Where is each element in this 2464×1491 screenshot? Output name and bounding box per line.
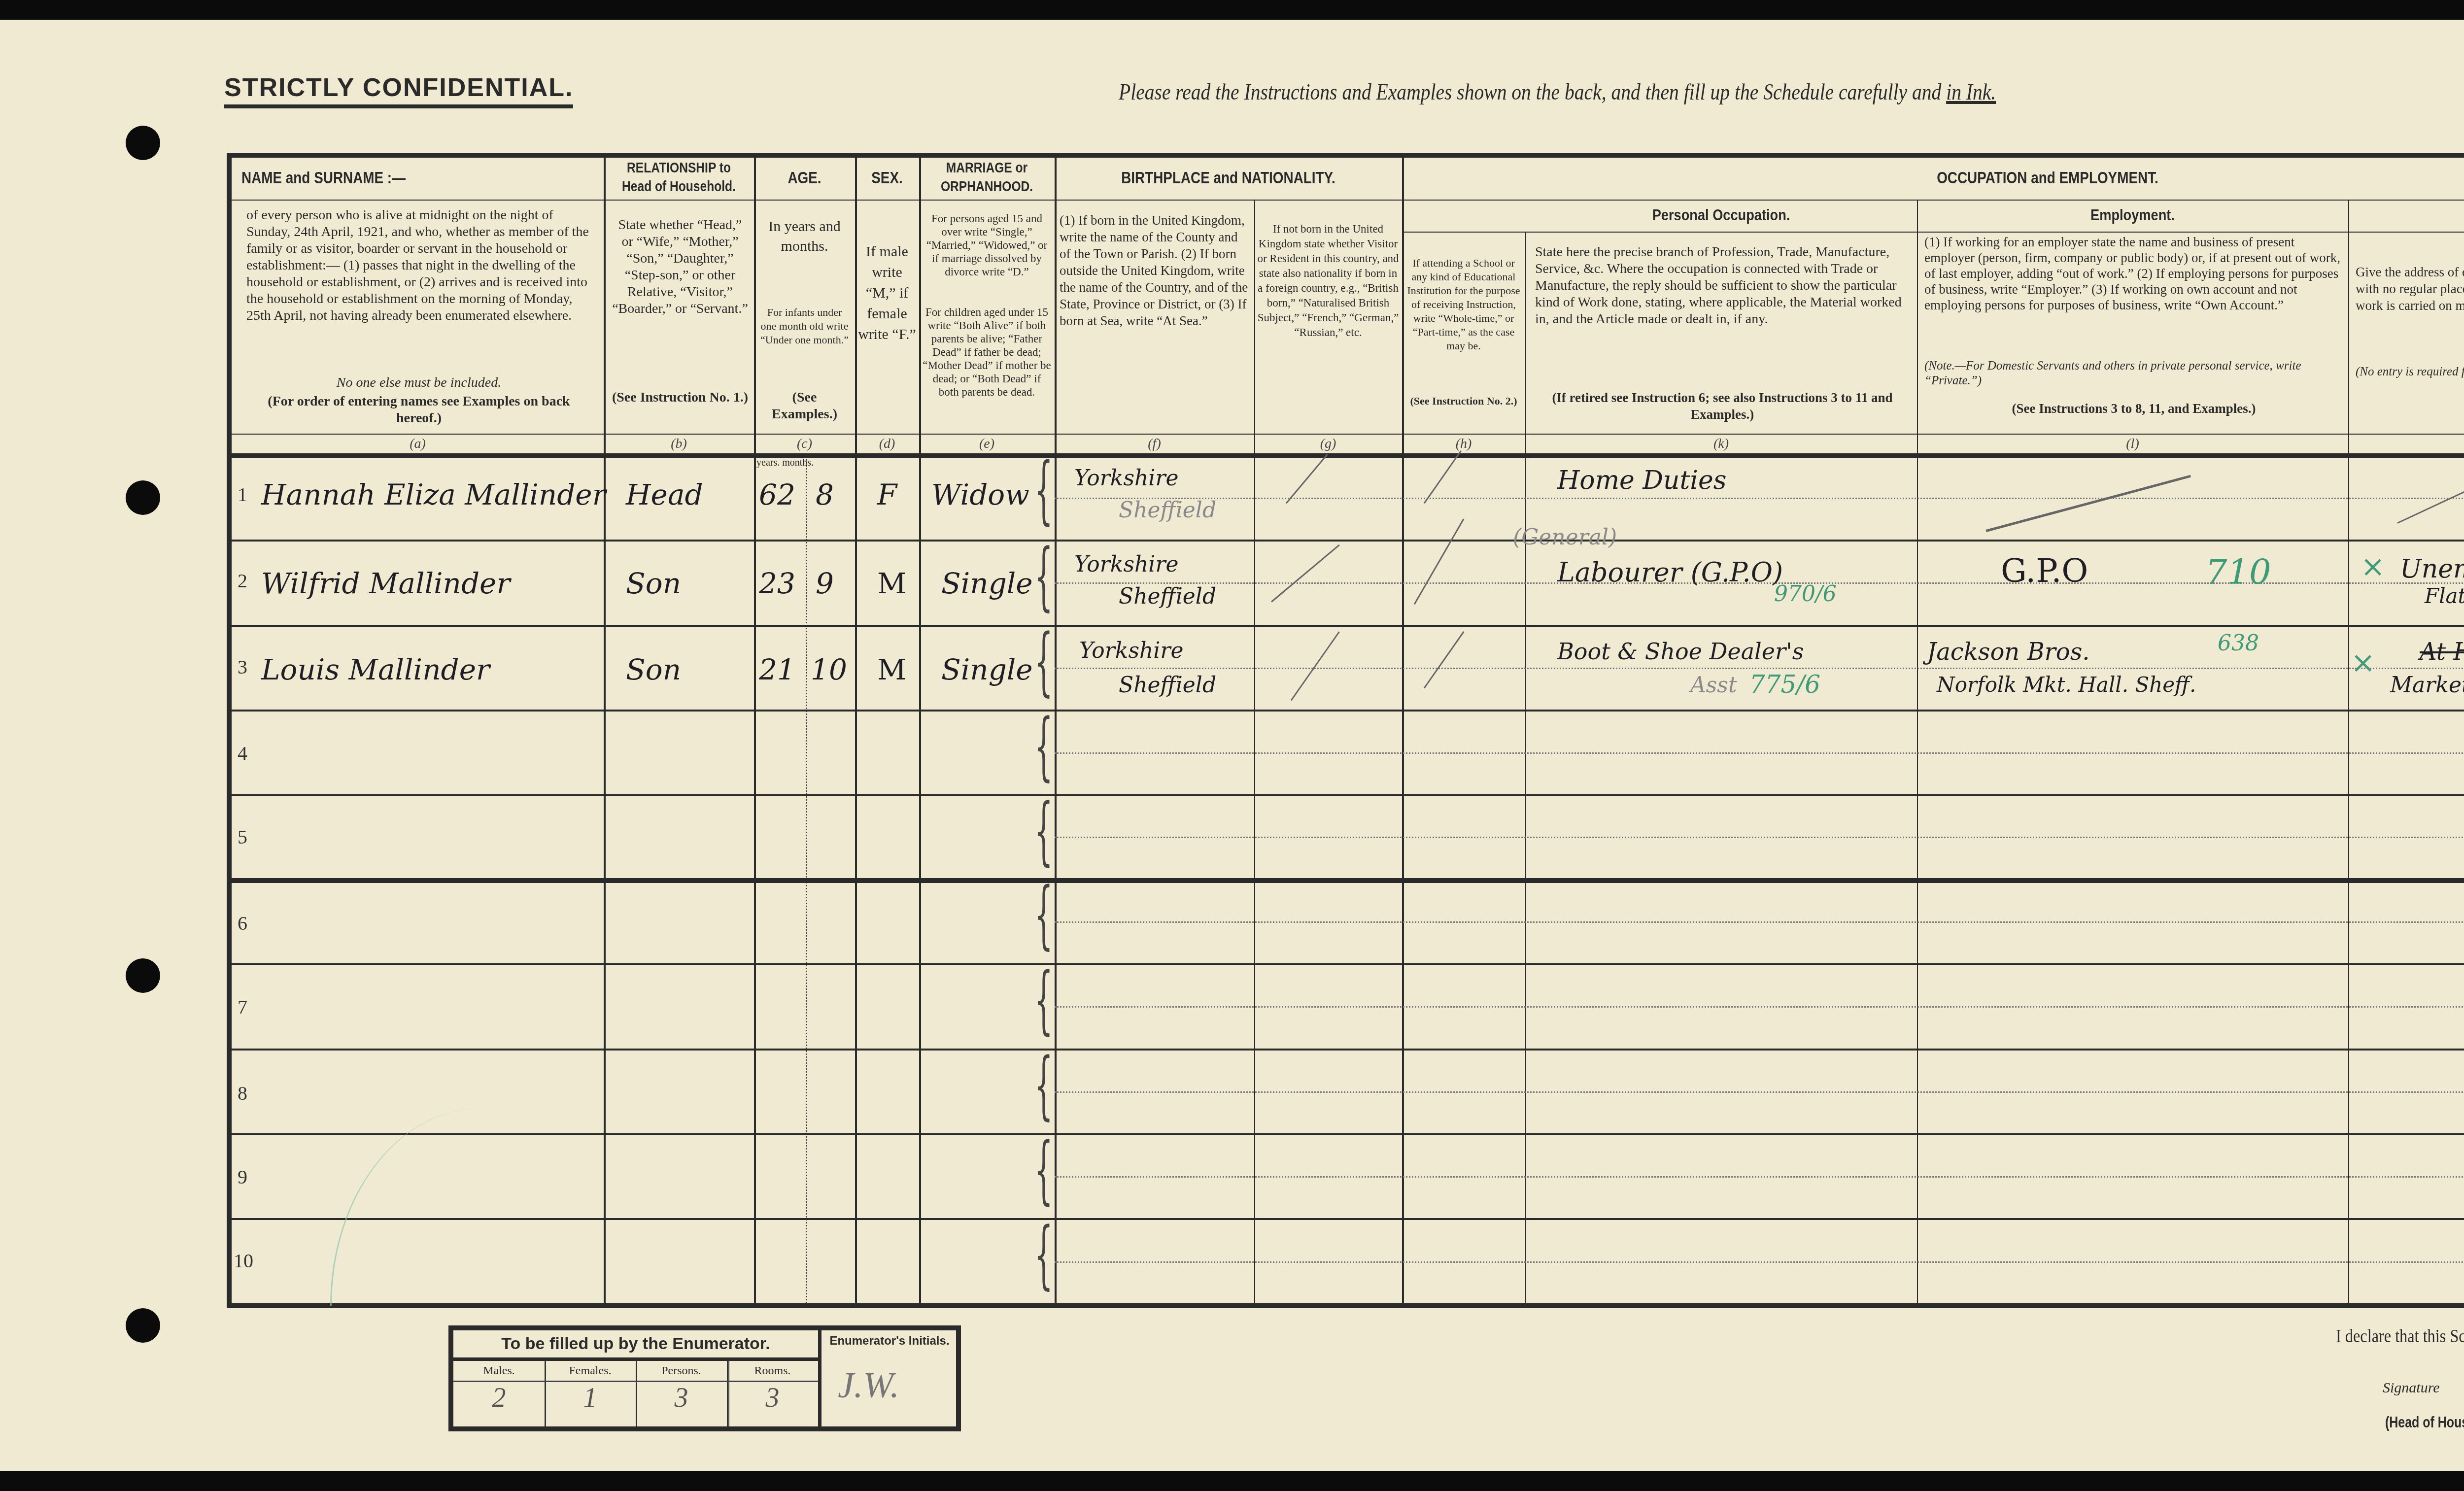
occupation-code: 970/6 [1774, 581, 1837, 607]
person-place-of-work: Unemployed [2400, 554, 2464, 584]
instr-orphanhood: For children aged under 15 write “Both A… [922, 305, 1052, 429]
instr-relationship: State whether “Head,” or “Wife,” “Mother… [611, 217, 749, 370]
count-value: 3 [727, 1382, 818, 1414]
instr-name: of every person who is alive at midnight… [246, 207, 591, 374]
header-relationship: RELATIONSHIP to Head of Household. [617, 159, 740, 199]
person-employer: Jackson Bros. [1927, 638, 2090, 666]
instr-education-note: (See Instruction No. 2.) [1404, 394, 1523, 429]
education-dash [1424, 631, 1465, 688]
place-of-work-dash [2397, 414, 2464, 523]
row-number: 4 [238, 742, 247, 765]
header-sex: SEX. [861, 169, 914, 193]
person-marriage: Single [941, 567, 1033, 600]
row-number: 8 [238, 1082, 247, 1105]
instr-name-note: No one else must be included. [246, 374, 591, 392]
instr-sex: If male write “M,” if female write “F.” [857, 241, 917, 419]
instr-employment-private: (Note.—For Domestic Servants and others … [1924, 359, 2343, 393]
col-letter-l: (l) [1917, 436, 2348, 453]
count-value: 1 [545, 1382, 636, 1414]
instr-personal-occupation-note: (If retired see Instruction 6; see also … [1535, 389, 1910, 429]
row-number: 9 [238, 1165, 247, 1188]
person-name: Wilfrid Mallinder [261, 567, 510, 600]
punch-hole [126, 1308, 160, 1343]
instr-place-of-work-note: (No entry is required for any person who… [2356, 365, 2464, 404]
col-letter-d: (d) [855, 436, 919, 453]
header-place-of-work: Place of Work. [2374, 206, 2464, 228]
header-marriage: MARRIAGE or ORPHANHOOD. [931, 159, 1043, 199]
row-number: 7 [238, 995, 247, 1018]
place-of-work-struck: At Home [2420, 638, 2464, 666]
person-employer: G.P.O [2001, 552, 2088, 590]
enumerator-box-header: To be filled up by the Enumerator. [453, 1330, 818, 1361]
declaration-text: I declare that this Schedule is correctl… [2336, 1325, 2464, 1347]
instr-personal-occupation: State here the precise branch of Profess… [1535, 244, 1910, 387]
row-number: 10 [234, 1249, 253, 1272]
col-letter-k: (k) [1525, 436, 1917, 453]
punch-hole [126, 480, 160, 515]
col-letter-c: (c) [754, 436, 855, 453]
instr-relationship-note: (See Instruction No. 1.) [611, 389, 749, 429]
instr-age-note: (See Examples.) [759, 389, 850, 429]
green-cross-mark: × [2351, 645, 2375, 680]
person-marriage: Widow [931, 478, 1029, 511]
employment-code: 710 [2205, 552, 2271, 592]
header-birthplace: BIRTHPLACE and NATIONALITY. [1086, 169, 1370, 193]
instr-age-infants: For infants under one month old write “U… [759, 305, 850, 374]
col-letter-b: (b) [604, 436, 754, 453]
census-table: NAME and SURNAME :— RELATIONSHIP to Head… [227, 153, 2464, 1308]
confidential-heading: STRICTLY CONFIDENTIAL. [224, 73, 573, 108]
col-letter-m: (m) [2348, 436, 2464, 453]
row-number: 1 [238, 483, 247, 506]
punch-hole [126, 958, 160, 993]
count-value: 2 [453, 1382, 545, 1414]
in-ink-text: in Ink. [1946, 79, 1996, 104]
header-occupation: OCCUPATION and EMPLOYMENT. [1518, 169, 2464, 193]
instr-nationality: If not born in the United Kingdom state … [1257, 222, 1400, 429]
person-birth-county: Yorkshire [1074, 552, 1178, 577]
count-rooms: Rooms. 3 [727, 1361, 818, 1426]
count-persons: Persons. 3 [636, 1361, 729, 1426]
age-units-label: years. months. [756, 457, 855, 470]
person-name: Louis Mallinder [261, 653, 490, 686]
person-employer-address: Norfolk Mkt. Hall. Sheff. [1937, 673, 2196, 697]
months-label: months. [782, 457, 814, 468]
header-name: NAME and SURNAME :— [241, 169, 484, 193]
instruction-text: Please read the Instructions and Example… [1119, 79, 1946, 104]
person-relationship: Head [626, 478, 703, 511]
instr-employment-note: (See Instructions 3 to 8, 11, and Exampl… [1924, 400, 2343, 420]
count-value: 3 [636, 1382, 727, 1414]
enumerator-summary-box: To be filled up by the Enumerator. Enume… [448, 1325, 961, 1431]
row-number: 6 [238, 912, 247, 935]
person-birth-town: Sheffield [1119, 584, 1216, 609]
row-number: 3 [238, 655, 247, 678]
count-males: Males. 2 [453, 1361, 546, 1426]
education-dash [1414, 519, 1465, 605]
enumerator-counts: Males. 2 Females. 1 Persons. 3 Rooms. 3 [453, 1361, 818, 1426]
instr-education: If attending a School or any kind of Edu… [1404, 256, 1523, 389]
person-occupation: Labourer (G.P.O) [1557, 557, 1783, 588]
person-sex: F [877, 478, 897, 511]
header-age: AGE. [763, 169, 846, 193]
count-label: Rooms. [727, 1361, 818, 1382]
instr-birthplace: (1) If born in the United Kingdom, write… [1060, 212, 1252, 429]
instr-employment: (1) If working for an employer state the… [1924, 234, 2343, 357]
person-place-street: Flat St [2425, 584, 2464, 608]
instr-marriage: For persons aged 15 and over write “Sing… [922, 212, 1052, 305]
count-label: Persons. [636, 1361, 727, 1382]
person-age-months: 10 [811, 653, 847, 686]
person-birth-town: Sheffield [1119, 498, 1216, 523]
instr-name-order: (For order of entering names see Example… [246, 393, 591, 429]
col-letter-a: (a) [232, 436, 604, 453]
employment-dash [1985, 475, 2191, 532]
header-employment: Employment. [1950, 206, 2316, 228]
person-occupation: Home Duties [1557, 466, 1726, 495]
count-females: Females. 1 [545, 1361, 637, 1426]
count-label: Females. [545, 1361, 636, 1382]
enumerator-initials: J.W. [838, 1365, 899, 1407]
punch-hole [126, 126, 160, 160]
person-age-years: 23 [759, 567, 795, 600]
nationality-dash [1291, 631, 1340, 701]
nationality-dash [1271, 544, 1340, 603]
instruction-line: Please read the Instructions and Example… [1119, 79, 1996, 105]
person-age-years: 21 [759, 653, 795, 686]
occupation-code: 775/6 [1749, 670, 1820, 699]
green-cross-mark: × [2361, 549, 2385, 584]
signature-note: (Head of Household, Manager of Establish… [2385, 1413, 2464, 1431]
occupation-pencil-note: (General) [1513, 525, 1617, 550]
nationality-dash [1286, 454, 1328, 504]
person-place-of-work: Market Hall [2390, 673, 2464, 698]
instr-place-of-work: Give the address of each person's place … [2356, 264, 2464, 362]
person-occupation: Boot & Shoe Dealer's [1557, 638, 1804, 665]
instr-age: In years and months. [759, 217, 850, 301]
years-label: years. [756, 457, 780, 468]
col-letter-g: (g) [1254, 436, 1402, 453]
person-age-months: 9 [816, 567, 834, 600]
row-number: 2 [238, 569, 247, 592]
education-dash [1424, 450, 1462, 504]
count-label: Males. [453, 1361, 545, 1382]
person-marriage: Single [941, 653, 1033, 686]
person-relationship: Son [626, 653, 681, 686]
person-age-years: 62 [759, 478, 795, 511]
person-name: Hannah Eliza Mallinder [261, 478, 606, 511]
occupation-pencil-note: Asst [1690, 673, 1737, 698]
row-number: 5 [238, 825, 247, 848]
person-birth-county: Yorkshire [1074, 466, 1178, 491]
green-pencil-stroke [330, 1109, 479, 1306]
col-letter-h: (h) [1402, 436, 1525, 453]
person-sex: M [877, 567, 906, 600]
person-relationship: Son [626, 567, 681, 600]
header-personal-occupation: Personal Occupation. [1555, 206, 1888, 228]
person-sex: M [877, 653, 906, 686]
person-age-months: 8 [816, 478, 834, 511]
enumerator-initials-label: Enumerator's Initials. [823, 1334, 956, 1348]
person-birth-town: Sheffield [1119, 673, 1216, 698]
col-letter-f: (f) [1055, 436, 1254, 453]
person-birth-county: Yorkshire [1079, 638, 1183, 663]
employment-code: 638 [2218, 631, 2259, 656]
signature-label: Signature [2383, 1380, 2440, 1396]
